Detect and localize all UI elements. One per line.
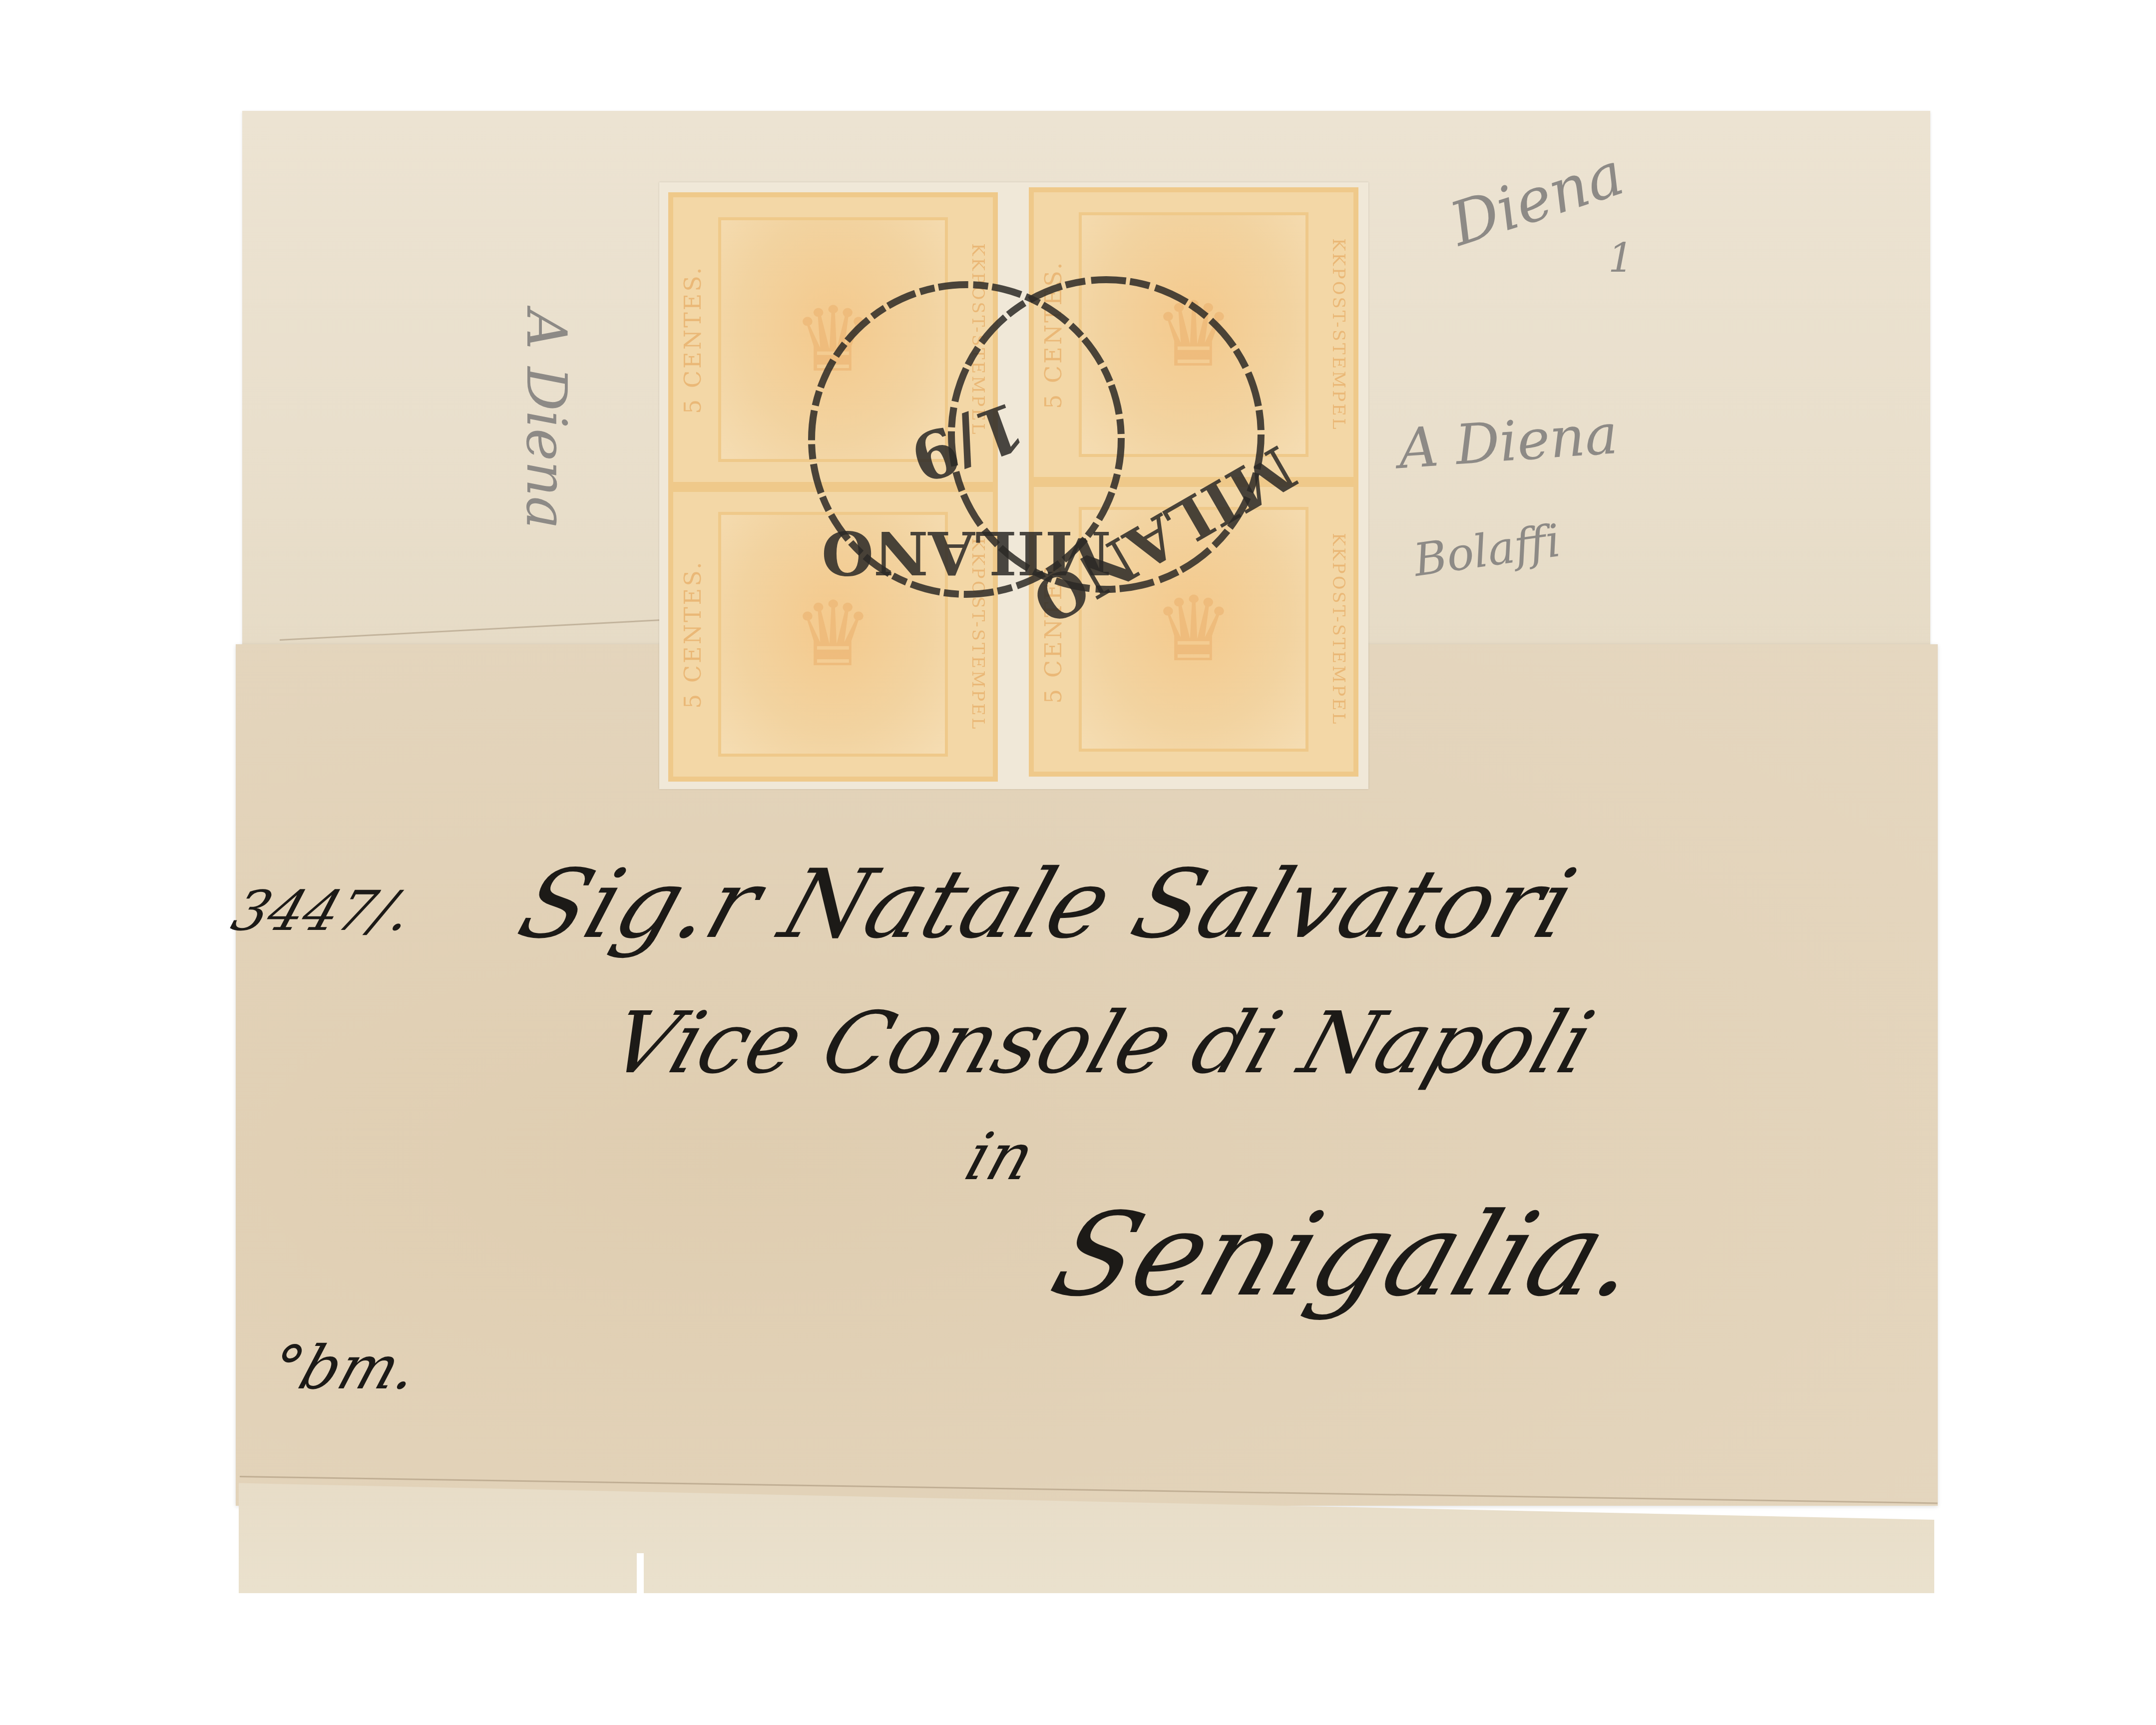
stamp-block-of-four: 5 CENTES. KKPOST-STEMPEL ♛ 5 CENTES. KKP… [659,182,1368,789]
stamp: 5 CENTES. KKPOST-STEMPEL ♛ [1029,187,1358,482]
address-reference: 3447/. [224,879,421,943]
stamp-side-text: KKPOST-STEMPEL [953,227,988,452]
stamp-denomination: 5 CENTES. [1040,222,1075,447]
pencil-number: 1 [1608,235,1634,281]
stamp-side-text: KKPOST-STEMPEL [1313,222,1348,447]
stamp-side-text: KKPOST-STEMPEL [1313,517,1348,742]
pencil-signature-left-vertical: A Diena [514,310,578,529]
stamp-side-text: KKPOST-STEMPEL [953,522,988,747]
coat-of-arms-icon: ♛ [1153,283,1234,387]
stamp: 5 CENTES. KKPOST-STEMPEL ♛ [668,192,998,487]
coat-of-arms-icon: ♛ [793,288,873,392]
coat-of-arms-icon: ♛ [793,582,873,687]
address-line-city: Senigalia. [1037,1189,1659,1322]
stamp: 5 CENTES. KKPOST-STEMPEL ♛ [668,487,998,782]
address-footer-mark: °bm. [261,1333,428,1403]
stamp-denomination: 5 CENTES. [679,522,714,747]
stamp-denomination: 5 CENTES. [1040,517,1075,742]
stamp-denomination: 5 CENTES. [679,227,714,452]
coat-of-arms-icon: ♛ [1153,577,1234,682]
paper-tear [637,1553,644,1593]
address-line-title: Vice Console di Napoli [598,994,1605,1093]
stamp: 5 CENTES. KKPOST-STEMPEL ♛ [1029,482,1358,777]
address-line-recipient: Sig.r Natale Salvatori [506,849,1588,959]
